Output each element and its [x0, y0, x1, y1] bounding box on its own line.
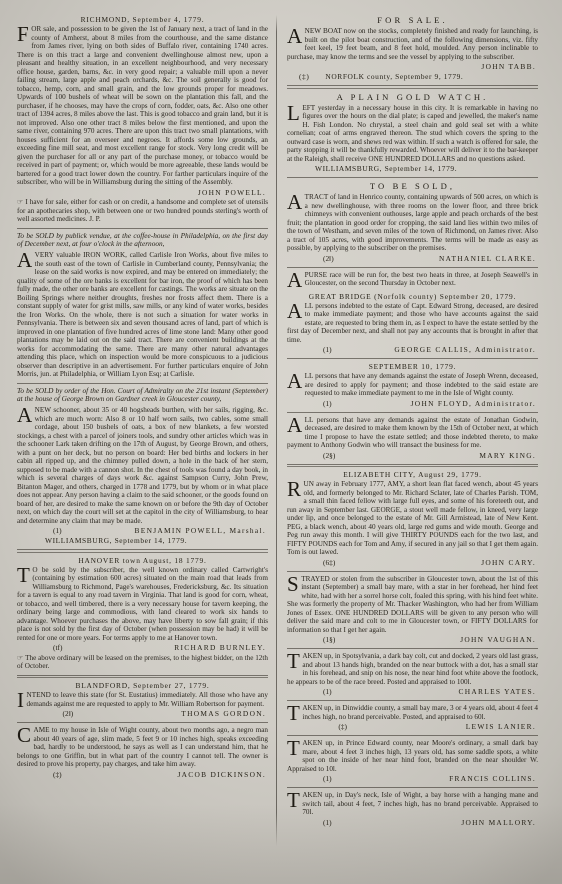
ad-signature-line: (1) FRANCIS COLLINS. — [287, 774, 538, 783]
ad-issue-mark: (‡) — [302, 722, 347, 731]
ad-dateline: SEPTEMBER 10, 1779. — [287, 362, 538, 371]
ad-body: ALL persons indebted to the estate of Ca… — [287, 302, 538, 345]
ad-body: APURSE race will be run for, the best tw… — [287, 271, 538, 288]
ad-signature: JACOB DICKINSON. — [177, 770, 268, 779]
drop-cap: A — [287, 271, 305, 290]
ad-body: ANEW BOAT now on the stocks, completely … — [287, 27, 538, 61]
advertisement: RICHMOND, September 4, 1779. FOR sale, a… — [17, 15, 268, 224]
advertisement: TAKEN up, in Prince Edward county, near … — [287, 739, 538, 783]
ad-issue-mark: (1§) — [287, 635, 335, 644]
ad-body-text: AME to my house in Isle of Wight county,… — [17, 726, 268, 768]
advertisement: HANOVER town August, 18 1779. TO be sold… — [17, 556, 268, 671]
drop-cap: A — [287, 27, 305, 46]
ad-body: TAKEN up, in Prince Edward county, near … — [287, 739, 538, 773]
ad-body: TAKEN up, in Dinwiddie county, a small b… — [287, 704, 538, 721]
drop-cap: T — [17, 566, 32, 585]
drop-cap: A — [287, 302, 305, 321]
ad-body: ANEW schooner, about 35 or 40 hogsheads … — [17, 406, 268, 525]
ad-signature-line: (6‡) JOHN CARY. — [287, 558, 538, 567]
ad-body-text: VERY valuable IRON WORK, called Carlisle… — [17, 251, 268, 378]
ad-signature: JOHN FLOYD, Administrator. — [411, 399, 538, 408]
ad-signature-line: (‡) JACOB DICKINSON. — [17, 770, 268, 779]
ad-after-issue-mark — [17, 536, 29, 545]
ad-body-text: LL persons that have any demands against… — [287, 416, 538, 450]
ad-signature: BENJAMIN POWELL, Marshal. — [135, 526, 268, 535]
ad-dateline: HANOVER town August, 18 1779. — [17, 556, 268, 565]
ad-divider-rule — [287, 700, 538, 701]
ad-body-text: AKEN up, in Spotsylvania, a dark bay col… — [287, 652, 538, 686]
ad-divider-rule — [287, 571, 538, 572]
ad-issue-mark: (1) — [287, 687, 332, 696]
ad-signature: CHARLES YATES. — [459, 687, 538, 696]
ad-after-issue-mark: (‡) — [287, 72, 309, 81]
ad-dateline: GREAT BRIDGE (Norfolk county) September … — [287, 292, 538, 301]
advertisement: TAKEN up, in Spotsylvania, a dark bay co… — [287, 652, 538, 696]
ad-signature: THOMAS GORDON. — [181, 709, 268, 718]
advertisement: FOR SALE. ANEW BOAT now on the stocks, c… — [287, 15, 538, 81]
advertisement: To be SOLD by order of the Hon. Court of… — [17, 387, 268, 546]
ad-issue-mark: (2‖) — [287, 254, 334, 263]
ad-heading: TO BE SOLD, — [287, 181, 538, 191]
ad-after-dateline: NORFOLK county, September 9, 1779. — [325, 72, 463, 81]
ad-dateline: ELIZABETH CITY, August 29, 1779. — [287, 470, 538, 479]
drop-cap: A — [17, 251, 35, 270]
ad-after-dateline: WILLIAMSBURG, September 14, 1779. — [45, 536, 187, 545]
ad-signature-line: JOHN TABB. — [287, 62, 538, 71]
left-column: RICHMOND, September 4, 1779. FOR sale, a… — [17, 13, 268, 884]
ad-signature: JOHN POWELL. — [198, 188, 268, 197]
ad-body: ATRACT of land in Henrico county, contai… — [287, 193, 538, 253]
ad-divider-rule — [287, 735, 538, 736]
ad-after-line: (‡) NORFOLK county, September 9, 1779. — [287, 72, 538, 81]
drop-cap: L — [287, 104, 302, 123]
ad-signature: MARY KING. — [479, 451, 538, 460]
ad-dateline: BLANDFORD, September 27, 1779. — [17, 681, 268, 690]
advertisement: BLANDFORD, September 27, 1779. INTEND to… — [17, 681, 268, 718]
advertisement: TO BE SOLD, ATRACT of land in Henrico co… — [287, 181, 538, 263]
ad-body: INTEND to leave this state (for St. Eust… — [17, 691, 268, 708]
ad-body-text: NEW BOAT now on the stocks, completely f… — [287, 27, 538, 61]
ad-after-dateline: WILLIAMSBURG, September 14, 1779. — [315, 164, 457, 173]
column-divider-rule — [276, 15, 277, 846]
ad-heading: To be SOLD by publick vendue, at the cof… — [17, 232, 268, 250]
ad-body: FOR sale, and possession to be given the… — [17, 25, 268, 187]
ad-signature-line: (2‖) NATHANIEL CLARKE. — [287, 254, 538, 263]
drop-cap: R — [287, 480, 304, 499]
ad-divider-rule — [17, 228, 268, 229]
ad-issue-mark: (1) — [287, 774, 332, 783]
ad-issue-mark: (2‖) — [27, 709, 74, 718]
ad-signature-line: (1) BENJAMIN POWELL, Marshal. — [17, 526, 268, 535]
ad-divider-rule — [287, 85, 538, 89]
ad-divider-rule — [287, 267, 538, 268]
ad-issue-mark: (1) — [287, 399, 332, 408]
ad-body-text: AKEN up, in Prince Edward county, near M… — [287, 739, 538, 773]
ad-body: TAKEN up, in Spotsylvania, a dark bay co… — [287, 652, 538, 686]
ad-signature-line: (1§) JOHN VAUGHAN. — [287, 635, 538, 644]
ad-divider-rule — [287, 177, 538, 178]
ad-signature-line: (1) JOHN FLOYD, Administrator. — [287, 399, 538, 408]
advertisement: CAME to my house in Isle of Wight county… — [17, 726, 268, 779]
ad-body: CAME to my house in Isle of Wight county… — [17, 726, 268, 769]
ad-body: STRAYED or stolen from the subscriber in… — [287, 575, 538, 635]
ad-divider-rule — [287, 464, 538, 468]
ad-signature-line: (1) GEORGE CALLIS, Administrator. — [287, 345, 538, 354]
ad-issue-mark: (1) — [17, 526, 62, 535]
ad-issue-mark: (tf) — [17, 643, 62, 652]
ad-body-text: AKEN up, in Day's neck, Isle of Wight, a… — [302, 791, 538, 816]
ad-body-text: TRAYED or stolen from the subscriber in … — [287, 575, 538, 634]
ad-divider-rule — [17, 722, 268, 723]
advertisement: A PLAIN GOLD WATCH. LEFT yesterday in a … — [287, 92, 538, 174]
newspaper-page: RICHMOND, September 4, 1779. FOR sale, a… — [0, 0, 562, 884]
drop-cap: C — [17, 726, 34, 745]
ad-body: AVERY valuable IRON WORK, called Carlisl… — [17, 251, 268, 379]
drop-cap: T — [287, 704, 302, 723]
advertisement: SEPTEMBER 10, 1779. ALL persons that hav… — [287, 362, 538, 408]
ad-signature: GEORGE CALLIS, Administrator. — [394, 345, 538, 354]
ad-body-text: EFT yesterday in a necessary house in th… — [287, 104, 538, 163]
drop-cap: F — [17, 25, 31, 44]
ad-signature: JOHN TABB. — [481, 62, 538, 71]
ad-postscript: ☞ I have for sale, either for cash or on… — [17, 198, 268, 224]
ad-signature-line: (tf) RICHARD BURNLEY. — [17, 643, 268, 652]
ad-body-text: PURSE race will be run for, the best two… — [305, 271, 538, 288]
drop-cap: S — [287, 575, 301, 594]
drop-cap: T — [287, 652, 302, 671]
ad-after-issue-mark — [287, 164, 299, 173]
advertisement: APURSE race will be run for, the best tw… — [287, 271, 538, 288]
drop-cap: T — [287, 739, 302, 758]
ad-dateline: RICHMOND, September 4, 1779. — [17, 15, 268, 24]
ad-body: TAKEN up, in Day's neck, Isle of Wight, … — [287, 791, 538, 817]
ad-signature-line: (2§) MARY KING. — [287, 451, 538, 460]
ad-divider-rule — [287, 358, 538, 359]
advertisement: ALL persons that have any demands agains… — [287, 416, 538, 460]
drop-cap: T — [287, 791, 302, 810]
ad-body-text: LL persons indebted to the estate of Cap… — [287, 302, 538, 344]
ad-body: ALL persons that have any demands agains… — [287, 416, 538, 450]
ad-body-text: AKEN up, in Dinwiddie county, a small ba… — [302, 704, 538, 721]
ad-signature-line: (1) CHARLES YATES. — [287, 687, 538, 696]
advertisement: TAKEN up, in Dinwiddie county, a small b… — [287, 704, 538, 731]
ad-body-text: OR sale, and possession to be given the … — [17, 25, 268, 186]
ad-body: LEFT yesterday in a necessary house in t… — [287, 104, 538, 164]
ad-signature-line: (1) JOHN MALLORY. — [287, 818, 538, 827]
ad-heading: A PLAIN GOLD WATCH. — [287, 92, 538, 102]
advertisement: ELIZABETH CITY, August 29, 1779. RUN awa… — [287, 470, 538, 567]
ad-issue-mark: (1) — [287, 818, 332, 827]
ad-body: TO be sold by the subscriber, the well k… — [17, 566, 268, 643]
ad-body: ALL persons that have any demands agains… — [287, 372, 538, 398]
ad-signature-line: (‡) LEWIS LANIER. — [302, 722, 538, 731]
ad-issue-mark: (1) — [287, 345, 332, 354]
ad-signature: RICHARD BURNLEY. — [174, 643, 268, 652]
ad-divider-rule — [287, 648, 538, 649]
drop-cap: A — [287, 372, 305, 391]
drop-cap: A — [17, 406, 35, 425]
ad-body: RUN away in February 1777, AMY, a short … — [287, 480, 538, 557]
ad-signature-line: (2‖) THOMAS GORDON. — [27, 709, 269, 718]
drop-cap: I — [17, 691, 27, 710]
advertisement: TAKEN up, in Day's neck, Isle of Wight, … — [287, 791, 538, 827]
ad-postscript: ☞ The above ordinary will be leased on t… — [17, 654, 268, 671]
ad-body-text: NEW schooner, about 35 or 40 hogsheads b… — [17, 406, 268, 525]
ad-body-text: O be sold by the subscriber, the well kn… — [17, 566, 268, 642]
drop-cap: A — [287, 193, 305, 212]
ad-signature: JOHN VAUGHAN. — [460, 635, 538, 644]
ad-signature: JOHN MALLORY. — [461, 818, 538, 827]
ad-divider-rule — [287, 412, 538, 413]
ad-heading: To be SOLD by order of the Hon. Court of… — [17, 387, 268, 405]
ad-issue-mark: (6‡) — [287, 558, 335, 567]
ad-after-line: WILLIAMSBURG, September 14, 1779. — [287, 164, 538, 173]
ad-signature: LEWIS LANIER. — [466, 722, 538, 731]
advertisement: To be SOLD by publick vendue, at the cof… — [17, 232, 268, 379]
ad-issue-mark: (2§) — [287, 451, 335, 460]
ad-signature-line: JOHN POWELL. — [17, 188, 268, 197]
ad-divider-rule — [17, 549, 268, 553]
ad-divider-rule — [17, 675, 268, 679]
ad-divider-rule — [287, 787, 538, 788]
ad-heading: FOR SALE. — [287, 15, 538, 25]
ad-signature: NATHANIEL CLARKE. — [439, 254, 538, 263]
ad-divider-rule — [17, 383, 268, 384]
ad-signature: JOHN CARY. — [481, 558, 538, 567]
advertisement: GREAT BRIDGE (Norfolk county) September … — [287, 292, 538, 355]
right-column: FOR SALE. ANEW BOAT now on the stocks, c… — [287, 13, 538, 884]
advertisement: STRAYED or stolen from the subscriber in… — [287, 575, 538, 645]
ad-body-text: UN away in February 1777, AMY, a short l… — [287, 480, 538, 556]
drop-cap: A — [287, 416, 305, 435]
ad-body-text: TRACT of land in Henrico county, contain… — [287, 193, 538, 252]
ad-signature: FRANCIS COLLINS. — [449, 774, 538, 783]
ad-issue-mark: (‡) — [17, 770, 62, 779]
ad-body-text: LL persons that have any demands against… — [305, 372, 538, 397]
ad-body-text: NTEND to leave this state (for St. Eusta… — [27, 691, 269, 708]
ad-after-line: WILLIAMSBURG, September 14, 1779. — [17, 536, 268, 545]
